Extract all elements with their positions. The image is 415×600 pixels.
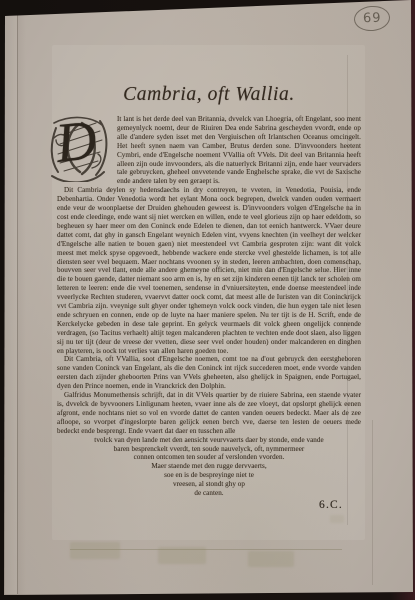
show-through-stain (248, 551, 294, 567)
paper-crease (372, 420, 373, 585)
photo-background: 69 Cambria, oft Wallia. D (0, 0, 415, 600)
signature-mark: 6.C. (319, 499, 343, 511)
page-edge-line (17, 14, 18, 594)
closing-line: de canten. (57, 489, 361, 498)
closing-line: Maer staende met den rugge dervvaerts, (57, 462, 361, 471)
book-page: 69 Cambria, oft Wallia. D (0, 0, 415, 600)
page-fore-edge (5, 14, 17, 594)
paragraph: Galfridus Monumethensis schrijft, dat in… (57, 391, 361, 436)
closing-line: connen ontcomen ten souder af verslonden… (57, 453, 361, 462)
paragraph: Dit Cambria, oft VVallia, soot d'Engelsc… (57, 355, 361, 391)
text-block: D (57, 115, 361, 498)
closing-line: soe en is de bespreyinge niet te (57, 471, 361, 480)
closing-lines: tvolck van dyen lande met den aensicht v… (57, 436, 361, 498)
page-number-annotation: 69 (353, 4, 391, 32)
closing-line: tvolck van dyen lande met den aensicht v… (57, 436, 361, 445)
show-through-stain (330, 515, 344, 523)
closing-line: vreesen, al stondt ghy op (57, 480, 361, 489)
show-through-stain (158, 547, 206, 564)
page-title: Cambria, oft Wallia. (57, 84, 361, 106)
show-through-stain (70, 542, 120, 559)
drop-cap: D (48, 116, 110, 180)
drop-cap-flourish-icon (48, 116, 110, 182)
closing-line: baren besprenckelt vverdt, ten soude nau… (57, 445, 361, 454)
page-number: 69 (362, 11, 381, 27)
paragraph: Dit Cambria deylen sy hedensdaechs in dr… (57, 186, 361, 355)
